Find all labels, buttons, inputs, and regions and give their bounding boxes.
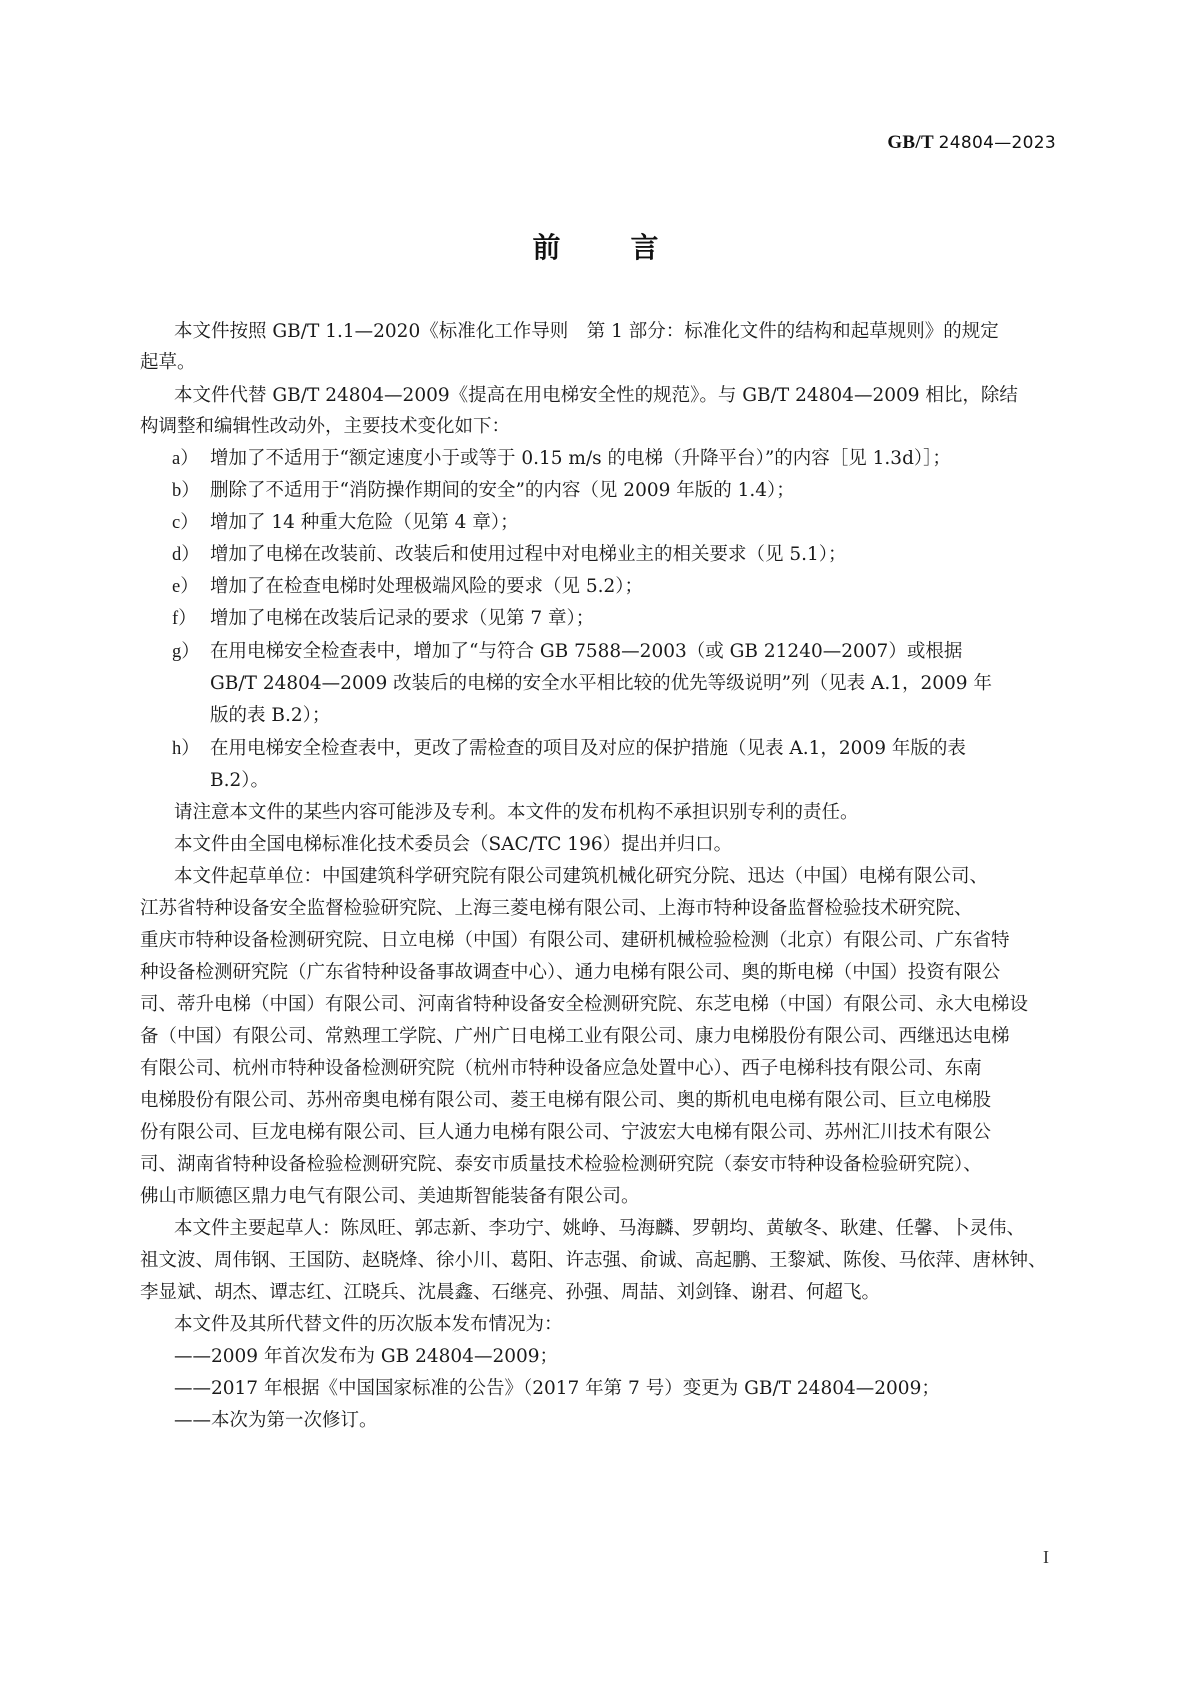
list-item-text: B.2）。 — [210, 769, 269, 793]
list-item-text: GB/T 24804—2009 改装后的电梯的安全水平相比较的优先等级说明”列（… — [210, 672, 992, 696]
page-number: I — [1043, 1547, 1049, 1568]
drafting-units-line: 重庆市特种设备检测研究院、日立电梯（中国）有限公司、建研机械检验检测（北京）有限… — [140, 929, 1010, 953]
drafting-units-line: 司、湖南省特种设备检验检测研究院、泰安市质量技术检验检测研究院（泰安市特种设备检… — [140, 1153, 982, 1177]
drafting-units-line: 种设备检测研究院（广东省特种设备事故调查中心）、通力电梯有限公司、奥的斯电梯（中… — [140, 961, 1000, 985]
proposer-statement: 本文件由全国电梯标准化技术委员会（SAC/TC 196）提出并归口。 — [174, 833, 732, 857]
list-item-marker: b） — [172, 479, 200, 503]
history-intro: 本文件及其所代替文件的历次版本发布情况为： — [174, 1313, 563, 1337]
list-item-marker: e） — [172, 575, 199, 599]
paragraph-line: 本文件代替 GB/T 24804—2009《提高在用电梯安全性的规范》。与 GB… — [174, 384, 1018, 408]
drafting-units-line: 本文件起草单位：中国建筑科学研究院有限公司建筑机械化研究分院、迅达（中国）电梯有… — [174, 865, 988, 889]
paragraph-line: 起草。 — [140, 351, 196, 375]
history-item: ——2009 年首次发布为 GB 24804—2009； — [174, 1345, 558, 1369]
document-code: GB/T 24804—2023 — [887, 132, 1056, 154]
history-item: ——2017 年根据《中国国家标准的公告》（2017 年第 7 号）变更为 GB… — [174, 1377, 940, 1401]
list-item-marker: d） — [172, 543, 200, 567]
list-item-text: 增加了不适用于“额定速度小于或等于 0.15 m/s 的电梯（升降平台）”的内容… — [210, 447, 951, 471]
list-item-text: 删除了不适用于“消防操作期间的安全”的内容（见 2009 年版的 1.4）； — [210, 479, 795, 503]
document-page: GB/T 24804—2023 前言 本文件按照 GB/T 1.1—2020《标… — [0, 0, 1191, 1685]
drafting-units-line: 江苏省特种设备安全监督检验研究院、上海三菱电梯有限公司、上海市特种设备监督检验技… — [140, 897, 973, 921]
paragraph-line: 构调整和编辑性改动外，主要技术变化如下： — [140, 415, 510, 439]
drafting-units-line: 份有限公司、巨龙电梯有限公司、巨人通力电梯有限公司、宁波宏大电梯有限公司、苏州汇… — [140, 1121, 991, 1145]
page-title-char-1: 前 — [532, 226, 560, 266]
list-item-text: 在用电梯安全检查表中，更改了需检查的项目及对应的保护措施（见表 A.1，2009… — [210, 737, 966, 761]
list-item-marker: f） — [172, 607, 197, 631]
drafting-units-line: 佛山市顺德区鼎力电气有限公司、美迪斯智能装备有限公司。 — [140, 1185, 640, 1209]
list-item-text: 版的表 B.2）； — [210, 704, 330, 728]
history-item: ——本次为第一次修订。 — [174, 1409, 378, 1433]
list-item-text: 增加了 14 种重大危险（见第 4 章）； — [210, 511, 519, 535]
document-code-number: 24804—2023 — [939, 133, 1056, 153]
drafters-line: 李显斌、胡杰、谭志红、江晓兵、沈晨鑫、石继亮、孙强、周喆、刘剑锋、谢君、何超飞。 — [140, 1281, 880, 1305]
list-item-text: 增加了电梯在改装后记录的要求（见第 7 章）； — [210, 607, 594, 631]
drafting-units-line: 备（中国）有限公司、常熟理工学院、广州广日电梯工业有限公司、康力电梯股份有限公司… — [140, 1025, 1010, 1049]
list-item-text: 在用电梯安全检查表中，增加了“与符合 GB 7588—2003（或 GB 212… — [210, 640, 962, 664]
page-title: 前言 — [0, 226, 1191, 266]
paragraph-line: 本文件按照 GB/T 1.1—2020《标准化工作导则 第 1 部分：标准化文件… — [174, 320, 999, 344]
drafting-units-line: 司、蒂升电梯（中国）有限公司、河南省特种设备安全检测研究院、东芝电梯（中国）有限… — [140, 993, 1028, 1017]
drafters-line: 祖文波、周伟钢、王国防、赵晓烽、徐小川、葛阳、许志强、俞诚、高起鹏、王黎斌、陈俊… — [140, 1249, 1047, 1273]
list-item-text: 增加了在检查电梯时处理极端风险的要求（见 5.2）； — [210, 575, 643, 599]
drafters-line: 本文件主要起草人：陈凤旺、郭志新、李功宁、姚峥、马海麟、罗朝均、黄敏冬、耿建、任… — [174, 1217, 1025, 1241]
list-item-marker: g） — [172, 640, 200, 664]
list-item-text: 增加了电梯在改装前、改装后和使用过程中对电梯业主的相关要求（见 5.1）； — [210, 543, 847, 567]
drafting-units-line: 电梯股份有限公司、苏州帝奥电梯有限公司、菱王电梯有限公司、奥的斯机电电梯有限公司… — [140, 1089, 991, 1113]
list-item-marker: a） — [172, 447, 199, 471]
list-item-marker: c） — [172, 511, 199, 535]
drafting-units-line: 有限公司、杭州市特种设备检测研究院（杭州市特种设备应急处置中心）、西子电梯科技有… — [140, 1057, 982, 1081]
document-code-prefix: GB/T — [887, 132, 933, 153]
page-title-char-2: 言 — [631, 226, 659, 266]
patent-notice: 请注意本文件的某些内容可能涉及专利。本文件的发布机构不承担识别专利的责任。 — [174, 801, 859, 825]
list-item-marker: h） — [172, 737, 200, 761]
